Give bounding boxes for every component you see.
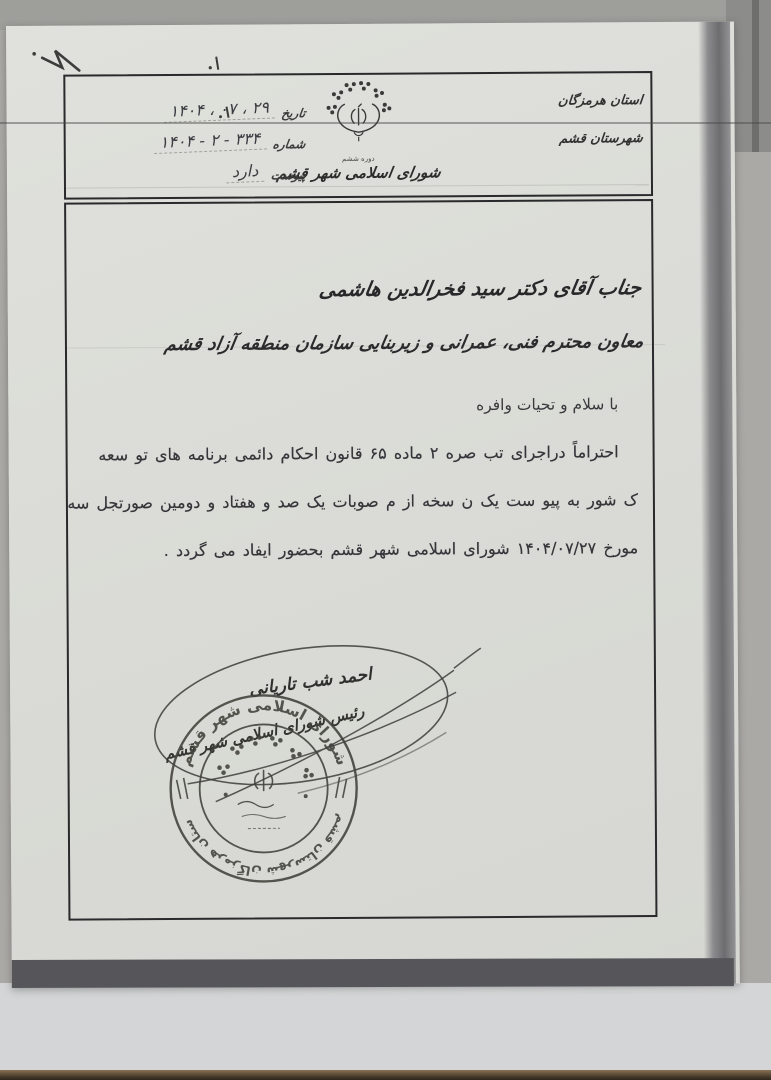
number-value: ۱۴۰۴ - ۲ - ۳۳۴ [153,128,266,154]
date-field: تاریخ ۱۴۰۴ ، ۰۷ ، ۲۹ [73,89,305,121]
number-field: شماره ۱۴۰۴ - ۲ - ۳۳۴ [74,120,306,152]
body-line-2: ک شور به پیو ست یک ن سخه از م صوبات یک ص… [67,490,638,512]
letterhead-box: استان هرمزگان شهرستان قشم دوره ششم شورای… [63,71,653,200]
attachment-label: پیوست [270,168,307,182]
addressee-title: معاون محترم فنی، عمرانی و زیربنایی سازما… [164,331,646,355]
council-emblem-icon [320,77,396,155]
attachment-field: پیوست دارد [74,151,306,183]
body-line-3: مورخ ۱۴۰۴/۰۷/۲۷ شورای اسلامی شهر قشم بحض… [164,538,639,560]
addressee-name: جناب آقای دکتر سید فخرالدین هاشمی [318,275,644,301]
letter-body-box: جناب آقای دکتر سید فخرالدین هاشمی معاون … [64,199,657,921]
province-label: استان هرمزگان [492,93,643,109]
photocopy-page: استان هرمزگان شهرستان قشم دوره ششم شورای… [6,22,740,988]
date-label: تاریخ [281,106,307,120]
salutation: با سلام و تحیات وافره [476,395,618,414]
backdrop-corner-shadow [752,0,759,152]
scanned-letter-photo: { "letterhead": { "province": "استان هرم… [0,0,771,1080]
attachment-value: دارد [225,161,264,184]
table-edge [0,1070,771,1080]
signature-stamp-block: احمد شب تاریانی رئیس شورای اسلامی شهر قش… [149,630,531,966]
underlying-sheet [0,983,771,1073]
date-value: ۱۴۰۴ ، ۰۷ ، ۲۹ [163,97,275,123]
letterhead-location: استان هرمزگان شهرستان قشم [492,93,642,170]
photocopy-right-edge [698,22,736,984]
number-label: شماره [272,137,307,151]
photo-fold-line [0,122,771,124]
body-line-1: احتراماً دراجرای تب صره ۲ ماده ۶۵ قانون … [98,442,618,464]
letterhead-fields: تاریخ ۱۴۰۴ ، ۰۷ ، ۲۹ شماره ۱۴۰۴ - ۲ - ۳۳… [73,89,306,183]
county-label: شهرستان قشم [492,131,643,147]
